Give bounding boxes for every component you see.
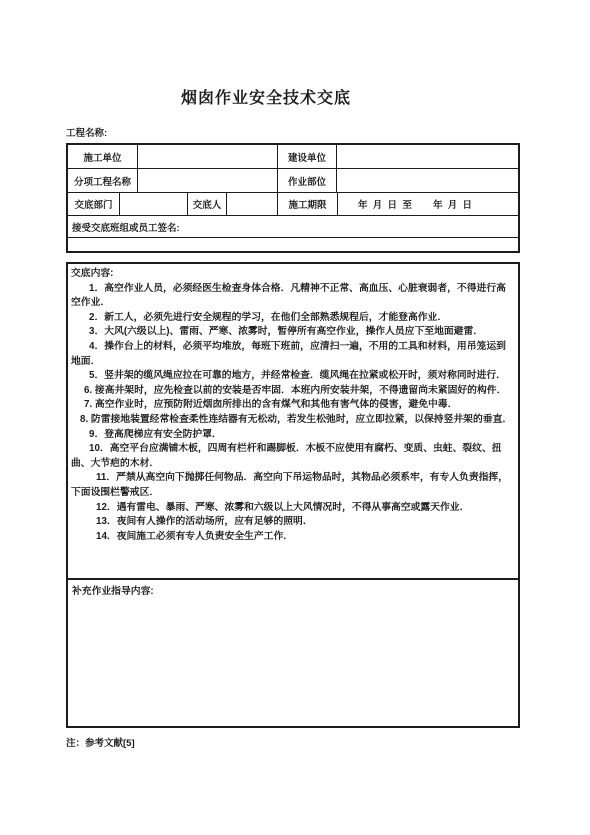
footnote: 注：参考文献[5] [66,735,135,749]
client-unit-label: 建设单位 [278,145,337,168]
document-page: 烟囱作业安全技术交底 工程名称: 施工单位 建设单位 分项工程名称 作业部位 交… [0,0,590,835]
disclosure-item-6: 6. 接高井架时，应先检查以前的安装是否牢固．本班内所安装井架，不得遗留尚未紧固… [71,384,515,399]
disclosure-item-11: 11．严禁从高空向下抛掷任何物品．高空向下吊运物品时，其物品必须系牢，有专人负责… [71,471,515,500]
discloser-label: 交底人 [188,193,227,215]
disclosure-content-cell: 交底内容: 1．高空作业人员，必须经医生检查身体合格．凡精神不正常、高血压、心脏… [68,264,518,580]
disclosure-item-7: 7. 高空作业时，应预防附近烟囱所排出的含有煤气和其他有害气体的侵害，避免中毒． [71,398,515,413]
sub-project-label: 分项工程名称 [68,169,138,192]
signature-label-row: 接受交底班组或员工签名: [68,216,518,238]
disclosure-item-5: 5．竖井架的缆风绳应拉在可靠的地方，并经常检查．缆风绳在拉紧或松开时，须对称同时… [71,369,515,384]
sub-project-field[interactable] [138,169,278,192]
signature-area[interactable] [68,238,518,251]
disclosure-dept-field[interactable] [120,193,188,215]
client-unit-field[interactable] [337,145,518,168]
construction-unit-field[interactable] [138,145,278,168]
work-part-label: 作业部位 [278,169,337,192]
construction-unit-label: 施工单位 [68,145,138,168]
disclosure-item-13: 13．夜间有人操作的活动场所，应有足够的照明． [71,515,515,530]
disclosure-item-8: 8. 防雷接地装置经常检查柔性连结器有无松动，若发生松弛时，应立即拉紧，以保持竖… [71,413,515,428]
disclosure-item-4: 4．操作台上的材料，必须平均堆放，每班下班前，应清扫一遍，不用的工具和材料，用吊… [71,340,515,369]
signature-label: 接受交底班组或员工签名: [68,216,518,237]
form-row-disclosure: 交底部门 交底人 施工期限 年 月 日 至 年 月 日 [68,193,518,216]
page-title: 烟囱作业安全技术交底 [0,85,532,108]
header-form-table: 施工单位 建设单位 分项工程名称 作业部位 交底部门 交底人 施工期限 年 月 … [66,143,520,253]
construction-period-label: 施工期限 [278,193,338,215]
disclosure-item-2: 2．新工人，必须先进行安全规程的学习，在他们全部熟悉规程后，才能登高作业． [71,311,515,326]
form-row-project: 分项工程名称 作业部位 [68,169,518,193]
disclosure-content-heading: 交底内容: [71,267,515,282]
project-name-label: 工程名称: [66,125,107,139]
supplement-heading: 补充作业指导内容: [72,585,514,600]
form-row-units: 施工单位 建设单位 [68,145,518,169]
discloser-field[interactable] [227,193,278,215]
disclosure-item-9: 9．登高爬梯应有安全防护罩． [71,428,515,443]
disclosure-item-10: 10．高空平台应满铺木板，四周有栏杆和踢脚板．木板不应使用有腐朽、变质、虫蛀、裂… [71,442,515,471]
disclosure-item-3: 3．大风(六级以上)、雷雨、严寒、浓雾时，暂停所有高空作业，操作人员应下至地面避… [71,325,515,340]
disclosure-dept-label: 交底部门 [68,193,120,215]
work-part-field[interactable] [337,169,518,192]
disclosure-content-table: 交底内容: 1．高空作业人员，必须经医生检查身体合格．凡精神不正常、高血压、心脏… [66,262,520,728]
disclosure-item-1: 1．高空作业人员，必须经医生检查身体合格．凡精神不正常、高血压、心脏衰弱者，不得… [71,282,515,311]
construction-period-field[interactable]: 年 月 日 至 年 月 日 [338,193,518,215]
supplement-area[interactable]: 补充作业指导内容: [68,580,518,726]
disclosure-item-14: 14．夜间施工必须有专人负责安全生产工作． [71,530,515,545]
disclosure-item-12: 12．遇有雷电、暴雨、严寒、浓雾和六级以上大风情况时，不得从事高空或露天作业． [71,501,515,516]
